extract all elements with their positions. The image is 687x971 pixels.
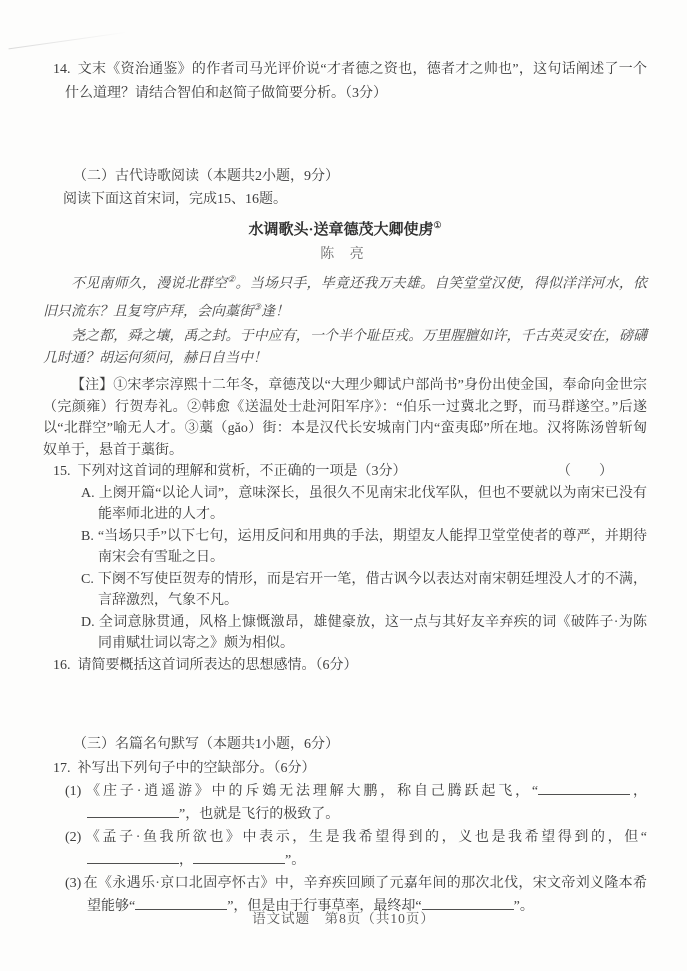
question-17-text: 补写出下列句子中的空缺部分。（6分） bbox=[78, 761, 316, 776]
question-15-number: 15. bbox=[53, 464, 71, 479]
scan-artifact bbox=[9, 32, 128, 50]
exam-page: 14.文末《资治通鉴》的作者司马光评价说“才者德之资也，德者才之帅也”，这句话阐… bbox=[0, 0, 687, 971]
question-15-option-d: D.全词意脉贯通，风格上慷慨激昂，雄健豪放，这一点与其好友辛弃疾的词《破阵子·为… bbox=[81, 612, 647, 655]
option-d-text: 全词意脉贯通，风格上慷慨激昂，雄健豪放，这一点与其好友辛弃疾的词《破阵子·为陈同… bbox=[98, 615, 647, 652]
section-2-intro: 阅读下面这首宋词，完成15、16题。 bbox=[63, 189, 647, 211]
note-marker-3: ③ bbox=[253, 302, 261, 312]
part-1-separator: ， bbox=[630, 784, 647, 799]
question-15-option-a: A.上阕开篇“以论人词”，意味深长，虽很久不见南宋北伐军队，但也不要就以为南宋已… bbox=[81, 483, 647, 526]
question-17-part-2: (2)《孟子·鱼我所欲也》中表示，生是我希望得到的，义也是我希望得到的，但“，”… bbox=[65, 827, 647, 872]
poem-title: 水调歌头·送章德茂大卿使虏① bbox=[43, 215, 647, 242]
question-16-text: 请简要概括这首词所表达的思想感情。（6分） bbox=[78, 658, 358, 673]
answer-blank bbox=[193, 849, 285, 864]
question-15-text: 下列对这首词的理解和赏析，不正确的一项是（3分） bbox=[78, 464, 407, 479]
stanza-1-text: 不见南师久，漫说北群空 bbox=[71, 277, 227, 292]
question-14: 14.文末《资治通鉴》的作者司马光评价说“才者德之资也，德者才之帅也”，这句话阐… bbox=[53, 58, 647, 106]
option-d-label: D. bbox=[81, 615, 95, 630]
question-15-stem: 15.下列对这首词的理解和赏析，不正确的一项是（3分） bbox=[53, 461, 407, 483]
exam-content: 14.文末《资治通鉴》的作者司马光评价说“才者德之资也，德者才之帅也”，这句话阐… bbox=[43, 58, 647, 918]
question-16-number: 16. bbox=[53, 658, 71, 673]
part-1-text: 《庄子·逍遥游》中的斥鴳无法理解大鹏，称自己腾跃起飞，“ bbox=[83, 784, 538, 799]
poem-author: 陈 亮 bbox=[43, 244, 647, 266]
page-footer: 语文试题 第8页（共10页） bbox=[0, 908, 687, 930]
poem-title-text: 水调歌头·送章德茂大卿使虏 bbox=[248, 222, 433, 238]
answer-blank bbox=[87, 803, 179, 818]
question-14-number: 14. bbox=[53, 62, 71, 77]
question-15-stem-row: 15.下列对这首词的理解和赏析，不正确的一项是（3分） （ ） bbox=[53, 461, 647, 483]
option-b-label: B. bbox=[81, 529, 94, 544]
option-a-label: A. bbox=[81, 486, 95, 501]
question-15-option-c: C.下阕不写使臣贺寿的情形，而是宕开一笔，借古讽今以表达对南宋朝廷埋没人才的不满… bbox=[81, 569, 647, 612]
part-3-label: (3) bbox=[65, 876, 81, 891]
option-a-text: 上阕开篇“以论人词”，意味深长，虽很久不见南宋北伐军队，但也不要就以为南宋已没有… bbox=[98, 486, 647, 523]
option-c-label: C. bbox=[81, 572, 94, 587]
part-2-text: 《孟子·鱼我所欲也》中表示，生是我希望得到的，义也是我希望得到的，但“ bbox=[83, 830, 647, 845]
section-2-heading: （二）古代诗歌阅读（本题共2小题，9分） bbox=[73, 166, 647, 188]
part-2-separator: ， bbox=[179, 853, 193, 868]
answer-blank bbox=[538, 780, 630, 795]
question-17-number: 17. bbox=[53, 761, 71, 776]
part-2-text-end: ”。 bbox=[285, 853, 305, 868]
stanza-1-text-end: 逢！ bbox=[261, 304, 289, 319]
part-2-label: (2) bbox=[65, 830, 81, 845]
question-17-stem: 17.补写出下列句子中的空缺部分。（6分） bbox=[53, 758, 647, 780]
question-16: 16.请简要概括这首词所表达的思想感情。（6分） bbox=[53, 655, 647, 677]
poem-notes: 【注】①宋孝宗淳熙十二年冬，章德茂以“大理少卿试户部尚书”身份出使金国，奉命向金… bbox=[43, 375, 647, 461]
answer-blank bbox=[87, 849, 179, 864]
option-c-text: 下阕不写使臣贺寿的情形，而是宕开一笔，借古讽今以表达对南宋朝廷埋没人才的不满，言… bbox=[98, 572, 647, 609]
question-15-option-b: B.“当场只手”以下七句，运用反问和用典的手法，期望友人能捍卫堂堂使者的尊严，并… bbox=[81, 526, 647, 569]
poem-stanza-2: 尧之都，舜之壤，禹之封。于中应有，一个半个耻臣戎。万里腥膻如许，千古英灵安在，磅… bbox=[43, 326, 647, 370]
poem-title-note-marker: ① bbox=[433, 220, 441, 230]
answer-brackets: （ ） bbox=[557, 461, 613, 483]
question-14-text: 文末《资治通鉴》的作者司马光评价说“才者德之资也，德者才之帅也”，这句话阐述了一… bbox=[65, 62, 647, 101]
poem-stanza-1: 不见南师久，漫说北群空②。当场只手，毕竟还我万夫雄。自笑堂堂汉使，得似洋洋河水，… bbox=[43, 268, 647, 323]
section-3-heading: （三）名篇名句默写（本题共1小题，6分） bbox=[73, 734, 647, 756]
option-b-text: “当场只手”以下七句，运用反问和用典的手法，期望友人能捍卫堂堂使者的尊严，并期待… bbox=[98, 529, 647, 566]
question-17-part-1: (1)《庄子·逍遥游》中的斥鴳无法理解大鹏，称自己腾跃起飞，“，”，也就是飞行的… bbox=[65, 780, 647, 826]
part-1-label: (1) bbox=[65, 784, 81, 799]
part-1-text-end: ”，也就是飞行的极致了。 bbox=[179, 807, 339, 822]
